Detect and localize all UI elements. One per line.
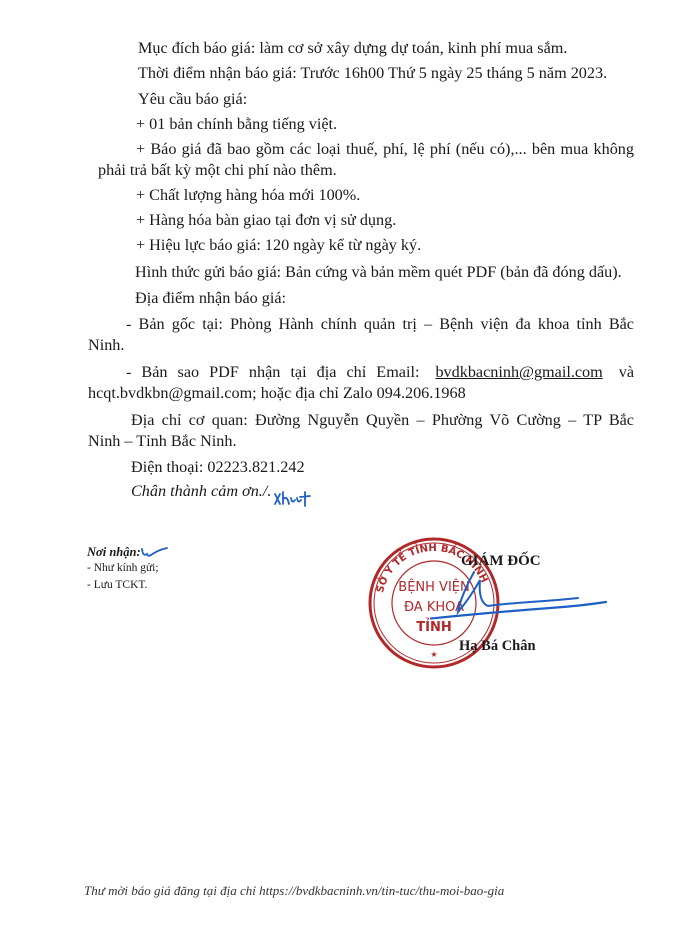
initials-mark-icon [272,488,314,514]
svg-text:★: ★ [430,650,437,659]
location-heading: Địa điểm nhận báo giá: [135,288,286,308]
copy-prefix: - Bản sao PDF nhận tại địa chỉ Email: [126,362,419,382]
requirement-item: + Báo giá đã bao gồm các loại thuế, phí,… [136,139,634,159]
footer-note: Thư mời báo giá đăng tại địa chỉ https:/… [84,883,504,899]
original-location-line: - Bản gốc tại: Phòng Hành chính quản trị… [126,314,634,334]
copy-location-line: - Bản sao PDF nhận tại địa chỉ Email: bv… [126,362,634,382]
document-page: Mục đích báo giá: làm cơ sở xây dựng dự … [0,0,689,925]
copy-suffix: và [619,362,634,382]
requirement-item: + Hiệu lực báo giá: 120 ngày kể từ ngày … [136,235,421,255]
deadline-line: Thời điểm nhận báo giá: Trước 16h00 Thứ … [138,63,607,83]
closing-line: Chân thành cảm ơn./. [131,481,271,501]
address-line: Địa chỉ cơ quan: Đường Nguyễn Quyền – Ph… [131,410,634,430]
phone-line: Điện thoại: 02223.821.242 [131,457,305,477]
copy-location-continuation: hcqt.bvdkbn@gmail.com; hoặc địa chỉ Zalo… [88,383,466,403]
requirements-heading: Yêu cầu báo giá: [138,89,247,109]
recipients-heading: Nơi nhận: [87,545,141,560]
director-signature-icon [430,568,610,638]
recipient-item: - Như kính gửi; [87,561,159,576]
requirement-item: + 01 bản chính bằng tiếng việt. [136,114,337,134]
original-location-continuation: Ninh. [88,335,124,355]
recipient-item: - Lưu TCKT. [87,578,147,593]
requirement-item: + Chất lượng hàng hóa mới 100%. [136,185,360,205]
email-link[interactable]: bvdkbacninh@gmail.com [435,362,602,382]
signatory-name: Hạ Bá Chân [459,638,536,655]
address-continuation: Ninh – Tỉnh Bắc Ninh. [88,431,237,451]
purpose-line: Mục đích báo giá: làm cơ sở xây dựng dự … [138,38,567,58]
requirement-item-continuation: phải trả bất kỳ một chi phí nào thêm. [98,160,337,180]
recipient-initial-icon [140,545,170,561]
requirement-item: + Hàng hóa bàn giao tại đơn vị sử dụng. [136,210,396,230]
submission-form-line: Hình thức gửi báo giá: Bản cứng và bản m… [135,262,622,282]
